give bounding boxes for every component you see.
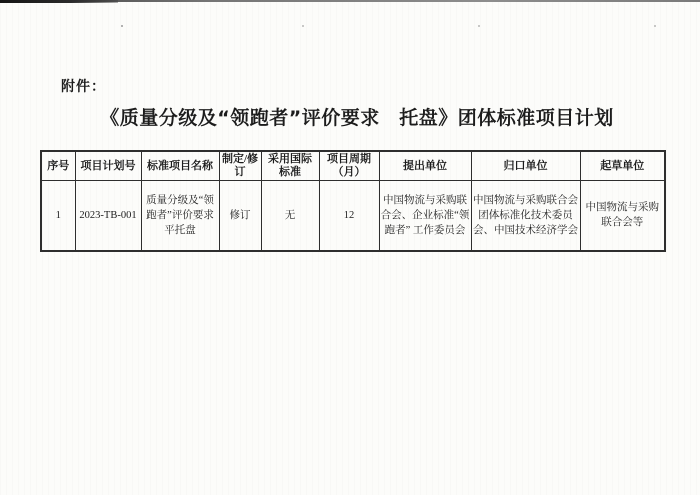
header-intl-standard: 采用国际 标准 <box>261 151 319 181</box>
standard-project-plan-table: 序号 项目计划号 标准项目名称 制定/修 订 采用国际 标准 项目周期 （月） … <box>40 150 666 252</box>
header-seq-no: 序号 <box>41 151 75 181</box>
attachment-label: 附件： <box>61 76 106 96</box>
scan-dust-speck <box>654 25 656 27</box>
scan-artifact-top-left-edge <box>0 0 118 3</box>
cell-plan-no: 2023-TB-001 <box>75 181 141 251</box>
header-period-months: 项目周期 （月） <box>319 151 379 181</box>
cell-centralized-unit: 中国物流与采购联合会 团体标准化技术委员 会、中国技术经济学会 <box>471 181 580 251</box>
cell-revise-type: 修订 <box>219 181 261 251</box>
scanned-document-page: 附件： 《质量分级及“领跑者”评价要求 托盘》团体标准项目计划 序号 项目计划号… <box>0 0 700 495</box>
cell-proposing-unit: 中国物流与采购联 合会、企业标准“领 跑者” 工作委员会 <box>379 181 471 251</box>
table-header-row: 序号 项目计划号 标准项目名称 制定/修 订 采用国际 标准 项目周期 （月） … <box>41 151 665 181</box>
header-plan-no: 项目计划号 <box>75 151 141 181</box>
header-centralized-unit: 归口单位 <box>471 151 580 181</box>
cell-drafting-unit: 中国物流与采购 联合会等 <box>580 181 665 251</box>
header-drafting-unit: 起草单位 <box>580 151 665 181</box>
scan-dust-speck <box>121 25 123 27</box>
document-title: 《质量分级及“领跑者”评价要求 托盘》团体标准项目计划 <box>0 103 700 130</box>
cell-project-name: 质量分级及“领 跑者”评价要求 平托盘 <box>141 181 219 251</box>
table-row: 1 2023-TB-001 质量分级及“领 跑者”评价要求 平托盘 修订 无 1… <box>41 181 665 251</box>
header-proposing-unit: 提出单位 <box>379 151 471 181</box>
cell-seq-no: 1 <box>41 181 75 251</box>
cell-period-months: 12 <box>319 181 379 251</box>
scan-dust-speck <box>478 25 480 27</box>
header-project-name: 标准项目名称 <box>141 151 219 181</box>
cell-intl-standard: 无 <box>261 181 319 251</box>
header-revise-type: 制定/修 订 <box>219 151 261 181</box>
scan-dust-speck <box>302 25 304 27</box>
